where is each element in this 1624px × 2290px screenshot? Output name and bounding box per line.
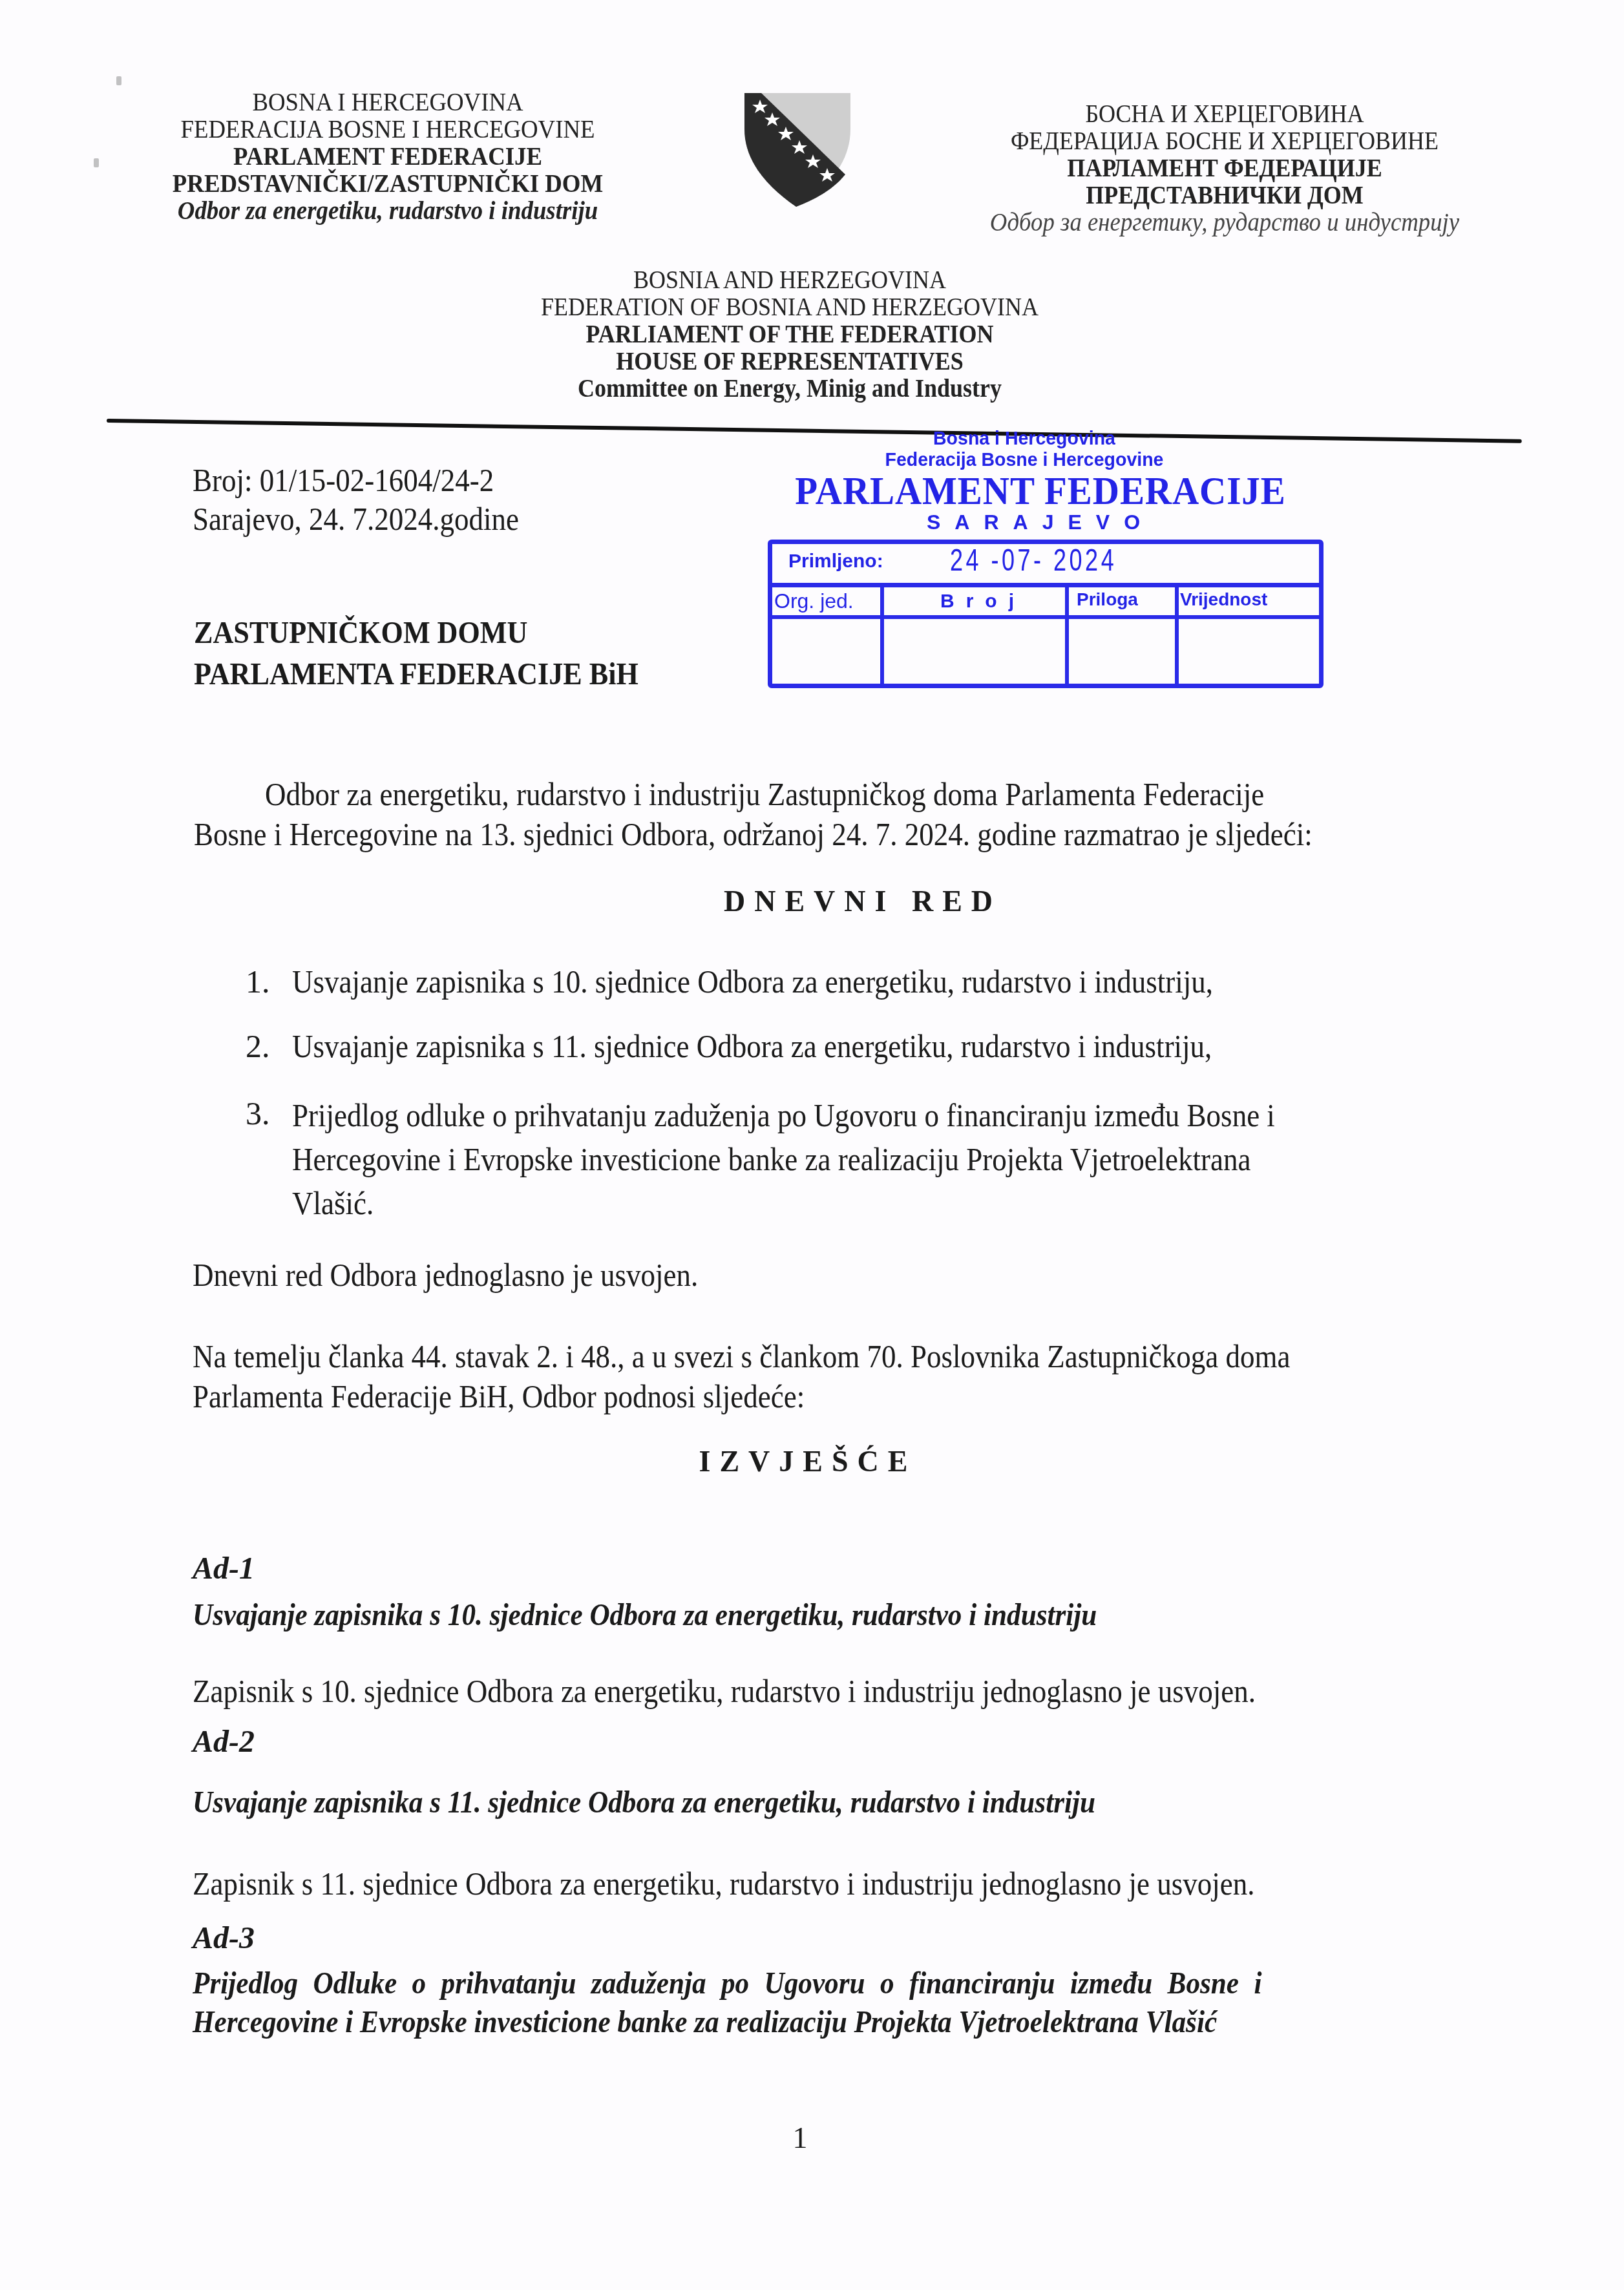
stamp-col-divider	[1065, 585, 1069, 688]
header-right-house: ПРЕДСТАВНИЧКИ ДОМ	[995, 182, 1455, 209]
agenda-list: 1. Usvajanje zapisnika s 10. sjednice Od…	[246, 961, 1384, 1225]
stamp-header-divider	[768, 615, 1323, 619]
header-english-federation: FEDERATION OF BOSNIA AND HERZEGOVINA	[541, 293, 1039, 320]
section-title-ad1: Usvajanje zapisnika s 10. sjednice Odbor…	[193, 1597, 1097, 1633]
legal-basis: Na temelju članka 44. stavak 2. i 48., a…	[193, 1336, 1290, 1416]
reference-place-date: Sarajevo, 24. 7.2024.godine	[193, 499, 519, 539]
section-text-ad2: Zapisnik s 11. sjednice Odbora za energe…	[193, 1864, 1254, 1904]
header-english: BOSNIA AND HERZEGOVINA FEDERATION OF BOS…	[513, 266, 1066, 402]
reference-number: Broj: 01/15-02-1604/24-2	[193, 460, 494, 500]
header-right-federation: ФЕДЕРАЦИЈА БОСНЕ И ХЕРЦЕГОВИНЕ	[995, 127, 1455, 154]
report-title: IZVJEŠĆE	[699, 1444, 917, 1478]
header-left: BOSNA I HERCEGOVINA FEDERACIJA BOSNE I H…	[154, 89, 622, 224]
agenda-item: 1. Usvajanje zapisnika s 10. sjednice Od…	[246, 961, 1384, 1026]
header-left-house: PREDSTAVNIČKI/ZASTUPNIČKI DOM	[173, 170, 603, 197]
recipient: ZASTUPNIČKOM DOMU PARLAMENTA FEDERACIJE …	[194, 613, 638, 695]
stamp-col-priloga: Priloga	[1077, 589, 1138, 610]
intro-line2: Bosne i Hercegovine na 13. sjednici Odbo…	[194, 814, 1296, 854]
scan-mark	[116, 76, 121, 85]
stamp-received-date: 24 -07- 2024	[950, 543, 1117, 578]
agenda-item: 2. Usvajanje zapisnika s 11. sjednice Od…	[246, 1026, 1384, 1093]
legal-basis-line1: Na temelju članka 44. stavak 2. i 48., a…	[193, 1336, 1290, 1376]
stamp-col-org: Org. jed.	[774, 589, 854, 613]
header-left-committee: Odbor za energetiku, rudarstvo i industr…	[173, 197, 603, 224]
stamp-col-broj: Broj	[940, 591, 1026, 613]
recipient-line2: PARLAMENTA FEDERACIJE BiH	[194, 654, 638, 695]
stamp-line3: PARLAMENT FEDERACIJE	[795, 468, 1285, 514]
header-left-parliament: PARLAMENT FEDERACIJE	[173, 143, 603, 170]
stamp-line4: SARAJEVO	[927, 510, 1154, 534]
page-number: 1	[793, 2121, 808, 2155]
stamp-col-divider	[880, 585, 884, 688]
agenda-title: DNEVNI RED	[724, 884, 1002, 918]
section-label-ad2: Ad-2	[193, 1724, 255, 1760]
header-english-country: BOSNIA AND HERZEGOVINA	[541, 266, 1039, 293]
scan-mark	[94, 158, 99, 167]
agenda-adopted: Dnevni red Odbora jednoglasno je usvojen…	[193, 1255, 698, 1295]
legal-basis-line2: Parlamenta Federacije BiH, Odbor podnosi…	[193, 1376, 1290, 1416]
header-english-parliament: PARLIAMENT OF THE FEDERATION	[541, 320, 1039, 348]
stamp-row-divider	[768, 583, 1323, 587]
header-right-country: БОСНА И ХЕРЦЕГОВИНА	[995, 100, 1455, 127]
header-divider	[107, 419, 1522, 443]
section-label-ad1: Ad-1	[193, 1551, 255, 1586]
stamp-line1: Bosna i Hercegovina	[933, 428, 1115, 450]
recipient-line1: ZASTUPNIČKOM DOMU	[194, 613, 638, 654]
coat-of-arms-icon	[742, 90, 853, 208]
intro-paragraph: Odbor za energetiku, rudarstvo i industr…	[194, 774, 1418, 854]
stamp-col-vrijednost: Vrijednost	[1180, 589, 1267, 610]
section-title-ad3: Prijedlog Odluke o prihvatanju zaduženja…	[193, 1964, 1430, 2042]
stamp-received-label: Primljeno:	[788, 551, 883, 572]
stamp-line2: Federacija Bosne i Hercegovine	[885, 449, 1164, 471]
header-right: БОСНА И ХЕРЦЕГОВИНА ФЕДЕРАЦИЈА БОСНЕ И Х…	[969, 100, 1480, 236]
section-text-ad1: Zapisnik s 10. sjednice Odbora za energe…	[193, 1671, 1256, 1711]
stamp-col-divider	[1175, 585, 1179, 688]
header-left-country: BOSNA I HERCEGOVINA	[173, 89, 603, 116]
section-title-ad2: Usvajanje zapisnika s 11. sjednice Odbor…	[193, 1785, 1095, 1820]
section-label-ad3: Ad-3	[193, 1920, 255, 1956]
header-english-committee: Committee on Energy, Minig and Industry	[541, 375, 1039, 402]
intro-line1: Odbor za energetiku, rudarstvo i industr…	[194, 774, 1418, 814]
header-right-parliament: ПАРЛАМЕНТ ФЕДЕРАЦИЈЕ	[995, 154, 1455, 182]
header-right-committee: Одбор за енергетику, рударство и индустр…	[990, 209, 1459, 236]
agenda-item: 3. Prijedlog odluke o prihvatanju zaduže…	[246, 1093, 1384, 1225]
header-english-house: HOUSE OF REPRESENTATIVES	[541, 348, 1039, 375]
header-left-federation: FEDERACIJA BOSNE I HERCEGOVINE	[173, 116, 603, 143]
